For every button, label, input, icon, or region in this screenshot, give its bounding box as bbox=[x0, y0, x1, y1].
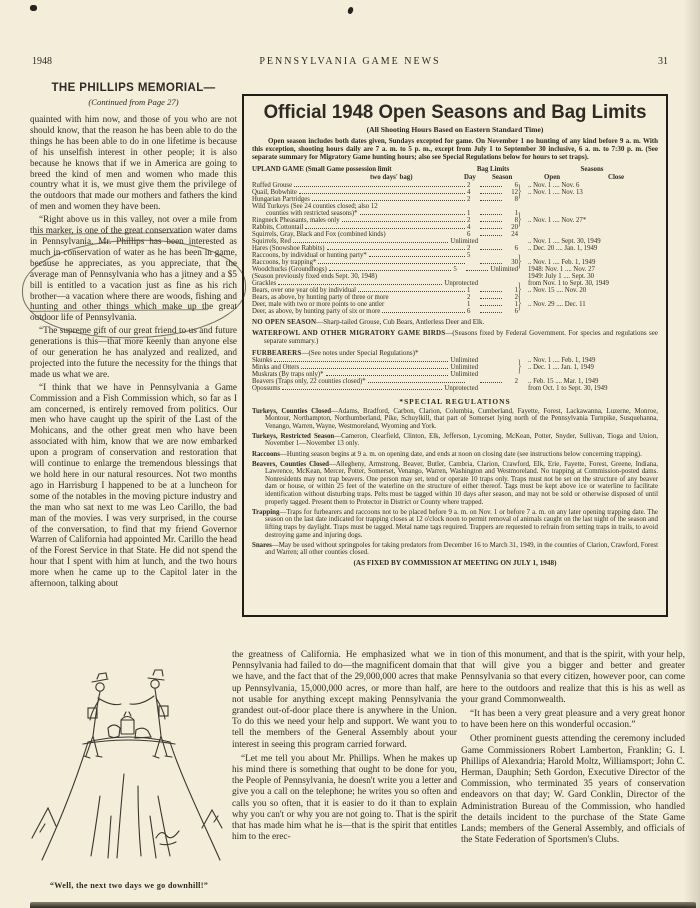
dot-leader bbox=[294, 182, 465, 187]
dot-leader bbox=[480, 224, 502, 229]
dot-leader bbox=[480, 281, 502, 285]
row-season-dates: 1949: July 1 .... Sept. 30 bbox=[525, 273, 658, 280]
table-row: Bears, over one year old by individual 1… bbox=[252, 287, 658, 294]
row-day-limit: 4 bbox=[467, 189, 478, 196]
article-paragraph: “It has been a very great pleasure and a… bbox=[461, 709, 685, 731]
article-paragraph: Other prominent guests attending the cer… bbox=[461, 734, 685, 846]
table-row: counties with restricted seasons)* 1 1 bbox=[252, 210, 658, 217]
dot-leader bbox=[318, 259, 465, 264]
dot-leader bbox=[368, 378, 465, 383]
dot-leader bbox=[358, 287, 465, 292]
row-species: Hungarian Partridges bbox=[252, 196, 310, 203]
table-row: Squirrels, Red Unlimited .. Nov. 1 .... … bbox=[252, 238, 658, 245]
dot-leader bbox=[382, 308, 465, 313]
regulation-paragraph: Turkeys, Restricted Season—Cameron, Clea… bbox=[252, 433, 658, 448]
scan-artifact bbox=[347, 6, 354, 14]
row-season-dates: .. Nov. 1 .... Feb. 1, 1949 bbox=[525, 259, 658, 266]
header-page-number: 31 bbox=[658, 56, 668, 67]
row-day-limit: 6 bbox=[467, 231, 478, 238]
row-season-limit: 24 bbox=[504, 231, 518, 238]
dot-leader bbox=[312, 196, 465, 201]
special-regulations: Turkeys, Counties Closed—Adams, Bradford… bbox=[252, 408, 658, 557]
row-species: Wild Turkeys (See 24 counties closed; al… bbox=[252, 203, 378, 210]
dot-leader bbox=[293, 238, 449, 243]
regulation-paragraph: Trapping—Traps for furbearers and raccoo… bbox=[252, 509, 658, 539]
dot-leader bbox=[390, 295, 465, 299]
row-day-limit: 2 bbox=[467, 182, 478, 189]
dot-leader bbox=[480, 204, 502, 208]
table-row: Rabbits, Cottontail 4 20 bbox=[252, 224, 658, 231]
row-species: Opossums bbox=[252, 385, 280, 392]
row-season-dates: .. Feb. 15 .... Mar. 1, 1949 bbox=[525, 378, 658, 385]
row-season-limit: 6 bbox=[504, 182, 518, 189]
box-intro: Open season includes both dates given, S… bbox=[252, 137, 658, 162]
dot-leader bbox=[380, 204, 465, 208]
row-season-dates: .. Nov. 1 .... Sept. 30, 1949 bbox=[525, 238, 658, 245]
waterfowl-lead: WATERFOWL AND OTHER MIGRATORY GAME BIRDS bbox=[252, 329, 445, 337]
regulation-lead: Turkeys, Counties Closed bbox=[252, 408, 331, 415]
dot-leader bbox=[327, 245, 466, 250]
row-day-limit: Unlimited bbox=[450, 357, 478, 364]
regulation-text: —May be used without springpoles for tak… bbox=[265, 542, 658, 557]
table-row: Squirrels, Gray, Black and Fox (combined… bbox=[252, 231, 658, 238]
group-brace: } bbox=[518, 296, 525, 313]
row-species: Woodchucks (Groundhogs) bbox=[252, 266, 327, 273]
dot-leader bbox=[274, 357, 448, 362]
upland-heading-line2: two days' bag) bbox=[370, 174, 413, 181]
row-season-limit: 30 bbox=[504, 259, 518, 266]
row-day-limit: 2 bbox=[467, 294, 478, 301]
col-close: Close bbox=[608, 174, 624, 181]
waterfowl-line: WATERFOWL AND OTHER MIGRATORY GAME BIRDS… bbox=[252, 329, 658, 345]
dot-leader bbox=[301, 364, 448, 369]
row-day-limit: 1 bbox=[467, 287, 478, 294]
col-seasons: Seasons bbox=[534, 166, 650, 173]
row-day-limit: Unprotected bbox=[444, 385, 478, 392]
dot-leader bbox=[480, 274, 502, 278]
dot-leader bbox=[480, 231, 502, 236]
col-bag-limits: Bag Limits bbox=[464, 166, 522, 173]
dot-leader bbox=[386, 302, 465, 306]
row-day-limit: 5 bbox=[453, 266, 464, 273]
regulation-lead: Snares bbox=[252, 542, 272, 549]
dot-leader bbox=[480, 245, 502, 250]
table-row: Hungarian Partridges 2 8 bbox=[252, 196, 658, 203]
group-brace: } bbox=[518, 184, 525, 201]
row-day-limit: Unlimited bbox=[450, 238, 478, 245]
upland-heading-line1: UPLAND GAME (Small Game possession limit bbox=[252, 166, 392, 173]
box-title: Official 1948 Open Seasons and Bag Limit… bbox=[256, 102, 654, 124]
table-row: Beavers (Traps only, 22 counties closed)… bbox=[252, 378, 658, 385]
row-season-limit: 1 bbox=[504, 301, 518, 308]
cartoon-caption: “Well, the next two days we go downhill!… bbox=[28, 881, 230, 890]
row-season-limit: 2 bbox=[504, 294, 518, 301]
table-row: (Season previously fixed ends Sept. 30, … bbox=[252, 273, 658, 280]
dot-leader bbox=[329, 266, 452, 271]
regulation-paragraph: Turkeys, Counties Closed—Adams, Bradford… bbox=[252, 408, 658, 431]
article-title: THE PHILLIPS MEMORIAL— bbox=[30, 82, 237, 94]
furbearers-text: —(See notes under Special Regulations)* bbox=[301, 349, 418, 357]
row-season-limit: 1 bbox=[504, 287, 518, 294]
row-species: Skunks bbox=[252, 357, 272, 364]
row-species: Deer, as above, by hunting party of six … bbox=[252, 308, 380, 315]
row-day-limit: 1 bbox=[467, 210, 478, 217]
table-row: Deer, as above, by hunting party of six … bbox=[252, 308, 658, 315]
row-season-dates: from Oct. 1 to Sept. 30, 1949 bbox=[525, 385, 658, 392]
row-species: Muskrats (By traps only)* bbox=[252, 371, 324, 378]
col-open: Open bbox=[544, 174, 560, 181]
row-species: Bears, as above, by hunting party of thr… bbox=[252, 294, 388, 301]
row-season-dates: 1948: Nov. 1 .... Nov. 27 bbox=[525, 266, 658, 273]
regulation-text: —Hunting season begins at 9 a. m. on ope… bbox=[280, 451, 642, 458]
table-row: Grackles Unprotected from Nov. 1 to Sept… bbox=[252, 280, 658, 287]
row-season-dates: .. Dec. 20 .... Jan. 1, 1949 bbox=[525, 245, 658, 252]
row-species: Squirrels, Gray, Black and Fox (combined… bbox=[252, 231, 386, 238]
article-paragraph: quainted with him now, and those of you … bbox=[30, 114, 237, 212]
dot-leader bbox=[480, 217, 502, 222]
table-row: Wild Turkeys (See 24 counties closed; al… bbox=[252, 203, 658, 210]
row-day-limit: 2 bbox=[467, 245, 478, 252]
row-species: Minks and Otters bbox=[252, 364, 299, 371]
dot-leader bbox=[388, 232, 465, 236]
dot-leader bbox=[480, 365, 502, 369]
table-row: Ringneck Pheasants, males only 2 8 } .. … bbox=[252, 217, 658, 224]
row-species: Hares (Snowshoe Rabbits) bbox=[252, 245, 325, 252]
row-season-dates: .. Nov. 29 .... Dec. 11 bbox=[525, 301, 658, 308]
row-species: Raccoons, by trapping* bbox=[252, 259, 316, 266]
dot-leader bbox=[480, 294, 502, 299]
table-row: Opossums Unprotected from Oct. 1 to Sept… bbox=[252, 385, 658, 392]
dot-leader bbox=[480, 358, 502, 362]
table-row: Raccoons, by trapping* 30 } .. Nov. 1 ..… bbox=[252, 259, 658, 266]
row-day-limit: 6 bbox=[467, 308, 478, 315]
row-day-limit: 2 bbox=[467, 196, 478, 203]
middle-paragraphs: the greatness of California. He emphasiz… bbox=[232, 650, 457, 843]
table-row: Deer, male with two or more points to on… bbox=[252, 301, 658, 308]
row-season-dates: .. Nov. 1 .... Nov. 27* bbox=[525, 217, 658, 224]
row-season-limit: 6 bbox=[504, 308, 518, 315]
regulation-paragraph: Snares—May be used without springpoles f… bbox=[252, 542, 658, 557]
special-regulations-heading: *SPECIAL REGULATIONS bbox=[252, 397, 658, 406]
row-species: Quail, Bobwhite bbox=[252, 189, 297, 196]
dot-leader bbox=[466, 266, 488, 271]
row-day-limit: Unprotected bbox=[444, 280, 478, 287]
group-brace: } bbox=[518, 254, 525, 271]
upland-rows: Ruffed Grouse 2 6 .. Nov. 1 .... Nov. 6 … bbox=[252, 182, 658, 315]
row-day-limit: 2 bbox=[467, 217, 478, 224]
row-species: Beavers (Traps only, 22 counties closed)… bbox=[252, 378, 366, 385]
dot-leader bbox=[480, 386, 502, 390]
no-open-season-text: —Sharp-tailed Grouse, Cub Bears, Antlerl… bbox=[316, 318, 484, 326]
page-bottom-edge bbox=[30, 902, 696, 908]
furbearer-rows: Skunks Unlimited .. Nov. 1 .... Feb. 1, … bbox=[252, 357, 658, 392]
row-species: (Season previously fixed ends Sept. 30, … bbox=[252, 273, 377, 280]
row-season-limit: 8 bbox=[504, 217, 518, 224]
furbearers-lead: FURBEARERS bbox=[252, 349, 301, 357]
dot-leader bbox=[299, 189, 465, 194]
dot-leader bbox=[305, 224, 465, 229]
row-season-limit: 6 bbox=[504, 245, 518, 252]
table-row: Skunks Unlimited .. Nov. 1 .... Feb. 1, … bbox=[252, 357, 658, 364]
commission-note: (AS FIXED BY COMMISSION AT MEETING ON JU… bbox=[252, 559, 658, 567]
row-species: Raccoons, by individual or hunting party… bbox=[252, 252, 367, 259]
furbearers-heading: FURBEARERS—(See notes under Special Regu… bbox=[252, 349, 658, 357]
dot-leader bbox=[480, 308, 502, 313]
table-row: Hares (Snowshoe Rabbits) 2 6 .. Dec. 20 … bbox=[252, 245, 658, 252]
row-season-limit: Unlimited bbox=[490, 266, 518, 273]
table-row: Muskrats (By traps only)* Unlimited bbox=[252, 371, 658, 378]
row-species: Rabbits, Cottontail bbox=[252, 224, 303, 231]
open-seasons-box: Official 1948 Open Seasons and Bag Limit… bbox=[242, 94, 668, 617]
row-species: Grackles bbox=[252, 280, 276, 287]
article-paragraph: the greatness of California. He emphasiz… bbox=[232, 650, 457, 751]
left-article-column: THE PHILLIPS MEMORIAL— (Continued from P… bbox=[30, 82, 237, 591]
regulation-text: —Allegheny, Armstrong, Beaver, Butler, C… bbox=[265, 461, 658, 506]
regulation-lead: Beavers, Counties Closed bbox=[252, 461, 329, 468]
row-species: Ruffed Grouse bbox=[252, 182, 292, 189]
row-season-dates: .. Dec. 1 .... Jan. 1, 1949 bbox=[525, 364, 658, 371]
table-row: Minks and Otters Unlimited } .. Dec. 1 .… bbox=[252, 364, 658, 371]
dot-leader bbox=[480, 301, 502, 306]
dot-leader bbox=[480, 189, 502, 194]
dot-leader bbox=[326, 371, 449, 376]
regulation-text: —Traps for furbearers and raccoons not t… bbox=[265, 509, 658, 539]
row-season-limit: 8 bbox=[504, 196, 518, 203]
dot-leader bbox=[480, 182, 502, 187]
dot-leader bbox=[480, 196, 502, 201]
running-header: 1948 PENNSYLVANIA GAME NEWS 31 bbox=[30, 56, 670, 70]
dot-leader bbox=[480, 372, 502, 376]
row-season-dates: .. Nov. 1 .... Nov. 6 bbox=[525, 182, 658, 189]
row-day-limit: 4 bbox=[467, 224, 478, 231]
box-subtitle: (All Shooting Hours Based on Eastern Sta… bbox=[252, 125, 658, 134]
right-paragraphs: tion of this monument, and that is the s… bbox=[461, 650, 685, 846]
dot-leader bbox=[480, 239, 502, 243]
table-row: Quail, Bobwhite 4 12 } .. Nov. 1 .... No… bbox=[252, 189, 658, 196]
row-season-limit: 2 bbox=[504, 378, 518, 385]
row-season-limit: 20 bbox=[504, 224, 518, 231]
row-species: Deer, male with two or more points to on… bbox=[252, 301, 384, 308]
no-open-season-lead: NO OPEN SEASON bbox=[252, 318, 316, 326]
row-season-dates: from Nov. 1 to Sept. 30, 1949 bbox=[525, 280, 658, 287]
cartoon-illustration: “Well, the next two days we go downhill!… bbox=[28, 646, 230, 892]
row-species: Squirrels, Red bbox=[252, 238, 291, 245]
row-day-limit: Unlimited bbox=[450, 371, 478, 378]
cartoon-drawing bbox=[28, 646, 230, 864]
row-season-limit: 12 bbox=[504, 189, 518, 196]
dot-leader bbox=[282, 385, 442, 390]
regulation-lead: Raccoons bbox=[252, 451, 280, 458]
regulation-lead: Turkeys, Restricted Season bbox=[252, 433, 334, 440]
magazine-page: 1948 PENNSYLVANIA GAME NEWS 31 THE PHILL… bbox=[0, 0, 700, 908]
dot-leader bbox=[342, 217, 465, 222]
article-paragraph: “I think that we have in Pennsylvania a … bbox=[30, 382, 237, 589]
bottom-right-column: tion of this monument, and that is the s… bbox=[461, 650, 685, 849]
scan-artifact bbox=[30, 5, 37, 11]
group-brace: } bbox=[518, 212, 525, 229]
row-season-dates: .. Nov. 15 .... Nov. 20 bbox=[525, 287, 658, 294]
no-open-season-line: NO OPEN SEASON—Sharp-tailed Grouse, Cub … bbox=[252, 318, 658, 326]
row-season-dates: .. Nov. 1 .... Nov. 13 bbox=[525, 189, 658, 196]
table-row: Ruffed Grouse 2 6 .. Nov. 1 .... Nov. 6 bbox=[252, 182, 658, 189]
row-day-limit: 1 bbox=[467, 301, 478, 308]
row-species: Bears, over one year old by individual bbox=[252, 287, 356, 294]
article-paragraph: “Let me tell you about Mr. Phillips. Whe… bbox=[232, 754, 457, 844]
row-species: counties with restricted seasons)* bbox=[252, 210, 358, 217]
table-row: Woodchucks (Groundhogs) 5 Unlimited 1948… bbox=[252, 266, 658, 273]
row-season-dates: .. Nov. 1 .... Feb. 1, 1949 bbox=[525, 357, 658, 364]
bottom-middle-column: the greatness of California. He emphasiz… bbox=[232, 650, 457, 846]
row-species: Ringneck Pheasants, males only bbox=[252, 217, 340, 224]
article-paragraph: tion of this monument, and that is the s… bbox=[461, 650, 685, 706]
row-day-limit: Unlimited bbox=[450, 364, 478, 371]
article-paragraphs: quainted with him now, and those of you … bbox=[30, 114, 237, 589]
table-row: Raccoons, by individual or hunting party… bbox=[252, 252, 658, 259]
dot-leader bbox=[360, 210, 465, 215]
regulation-lead: Trapping bbox=[252, 509, 279, 516]
dot-leader bbox=[369, 252, 465, 257]
dot-leader bbox=[480, 259, 502, 264]
upland-table-header: UPLAND GAME (Small Game possession limit… bbox=[252, 166, 658, 182]
dot-leader bbox=[278, 280, 442, 285]
col-season: Season bbox=[492, 174, 512, 181]
group-brace: } bbox=[518, 359, 525, 376]
dot-leader bbox=[480, 253, 502, 257]
regulation-paragraph: Raccoons—Hunting season begins at 9 a. m… bbox=[252, 451, 658, 459]
dot-leader bbox=[480, 378, 502, 383]
continued-note: (Continued from Page 27) bbox=[30, 97, 237, 107]
dot-leader bbox=[480, 287, 502, 292]
regulation-paragraph: Beavers, Counties Closed—Allegheny, Arms… bbox=[252, 461, 658, 507]
table-row: Bears, as above, by hunting party of thr… bbox=[252, 294, 658, 301]
row-day-limit: 5 bbox=[467, 252, 478, 259]
header-journal-title: PENNSYLVANIA GAME NEWS bbox=[30, 56, 670, 67]
col-day: Day bbox=[464, 174, 476, 181]
dot-leader bbox=[480, 210, 502, 215]
dot-leader bbox=[379, 274, 465, 278]
row-season-limit: 1 bbox=[504, 210, 518, 217]
